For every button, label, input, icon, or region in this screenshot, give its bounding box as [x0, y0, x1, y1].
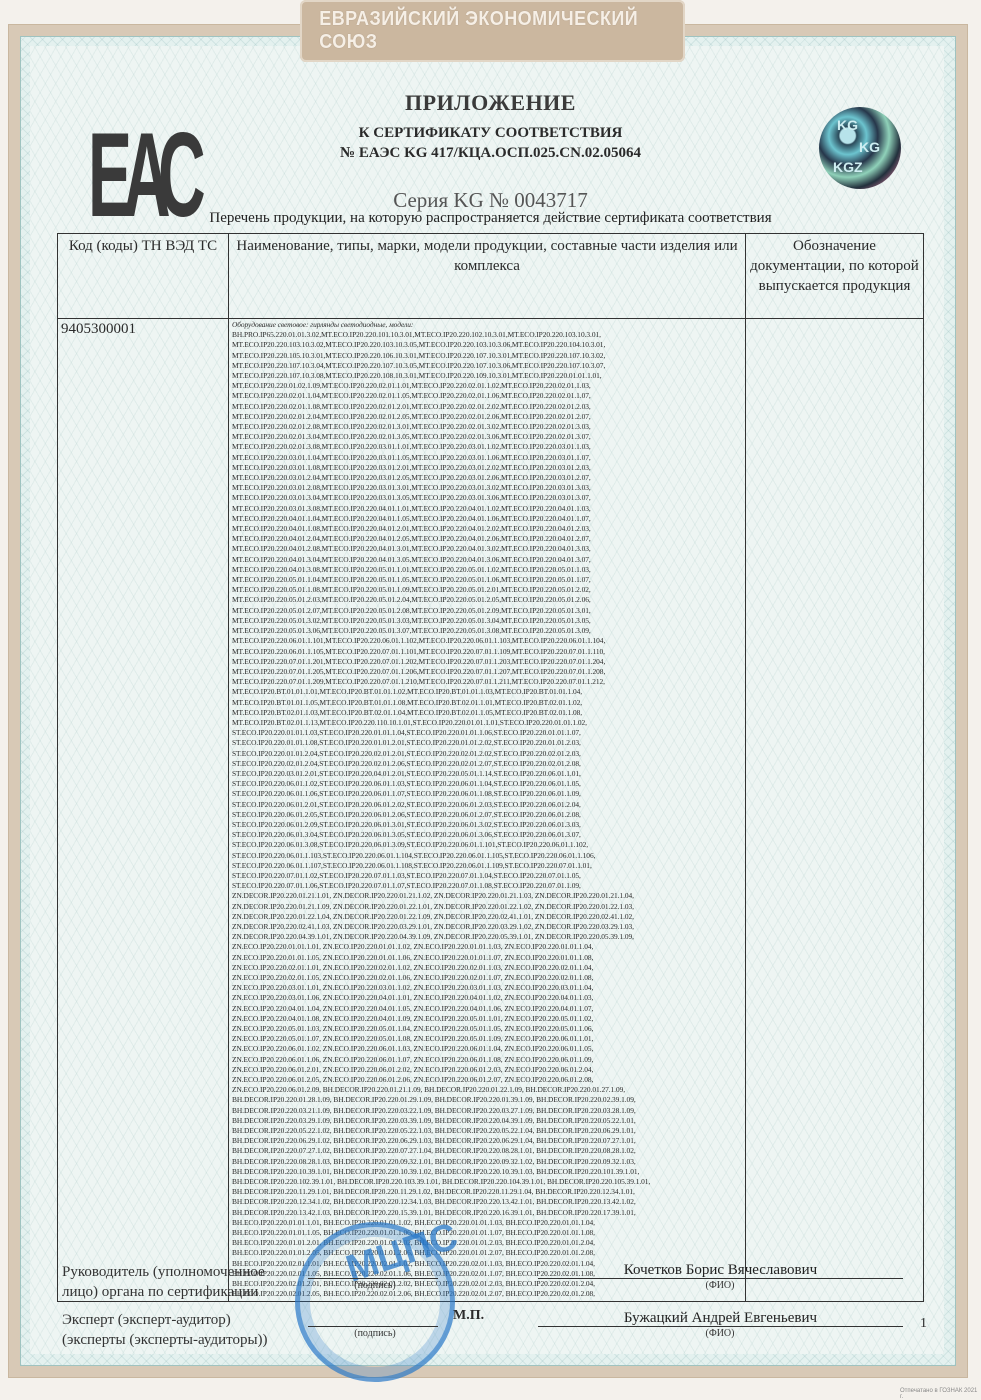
- list-item: MT.ECO.IP20.220.107.10.3.04,MT.ECO.IP20.…: [232, 361, 742, 371]
- list-item: MT.ECO.IP20.220.03.01.3.08,MT.ECO.IP20.2…: [232, 504, 742, 514]
- certificate-subtitle: К СЕРТИФИКАТУ СООТВЕТСТВИЯ: [0, 125, 981, 142]
- list-caption: Перечень продукции, на которую распростр…: [0, 210, 981, 227]
- list-item: ZN.ECO.IP20.220.04.01.1.04, ZN.ECO.IP20.…: [232, 1004, 742, 1014]
- expert-signature-line: [308, 1326, 438, 1327]
- list-item: MT.ECO.IP20.220.02.01.2.08,MT.ECO.IP20.2…: [232, 422, 742, 432]
- list-item: MT.ECO.IP20.220.03.01.1.08,MT.ECO.IP20.2…: [232, 463, 742, 473]
- head-signature-caption: (подпись): [330, 1280, 420, 1291]
- list-item: ZN.ECO.IP20.220.04.01.1.08, ZN.ECO.IP20.…: [232, 1014, 742, 1024]
- list-item: MT.ECO.IP20.BT.01.01.1.01,MT.ECO.IP20.BT…: [232, 687, 742, 697]
- list-item: MT.ECO.IP20.220.103.10.3.02,MT.ECO.IP20.…: [232, 340, 742, 350]
- expert-label: Эксперт (эксперт-аудитор) (эксперты (экс…: [62, 1310, 268, 1350]
- list-item: BH.ECO.IP20.220.01.01.1.05, BH.ECO.IP20.…: [232, 1228, 742, 1238]
- list-item: MT.ECO.IP20.220.05.01.2.07,MT.ECO.IP20.2…: [232, 606, 742, 616]
- products-table: Код (коды) ТН ВЭД ТС Наименование, типы,…: [57, 233, 924, 1302]
- list-item: ZN.ECO.IP20.220.01.01.1.05, ZN.ECO.IP20.…: [232, 953, 742, 963]
- list-item: ZN.ECO.IP20.220.05.01.1.03, ZN.ECO.IP20.…: [232, 1024, 742, 1034]
- list-item: BH.DECOR.IP20.220.03.21.1.09, BH.DECOR.I…: [232, 1106, 742, 1116]
- eaeu-banner: ЕВРАЗИЙСКИЙ ЭКОНОМИЧЕСКИЙ СОЮЗ: [300, 0, 685, 62]
- list-item: ST.ECO.IP20.220.07.01.1.06,ST.ECO.IP20.2…: [232, 881, 742, 891]
- list-item: ZN.ECO.IP20.220.03.01.1.01, ZN.ECO.IP20.…: [232, 983, 742, 993]
- list-item: BH.DECOR.IP20.220.13.42.1.03, BH.DECOR.I…: [232, 1208, 742, 1218]
- list-item: ZN.ECO.IP20.220.02.01.1.05, ZN.ECO.IP20.…: [232, 973, 742, 983]
- expert-name: Бужацкий Андрей Евгеньевич: [538, 1310, 903, 1327]
- list-item: MT.ECO.IP20.220.01.02.1.09,MT.ECO.IP20.2…: [232, 381, 742, 391]
- list-item: BH.DECOR.IP20.220.03.29.1.09, BH.DECOR.I…: [232, 1116, 742, 1126]
- list-item: ZN.ECO.IP20.220.06.01.1.06, ZN.ECO.IP20.…: [232, 1055, 742, 1065]
- list-item: BH.DECOR.IP20.220.102.39.1.01, BH.DECOR.…: [232, 1177, 742, 1187]
- list-item: MT.ECO.IP20.220.07.01.1.209,MT.ECO.IP20.…: [232, 677, 742, 687]
- list-item: MT.ECO.IP20.220.04.01.3.04,MT.ECO.IP20.2…: [232, 555, 742, 565]
- list-item: ZN.ECO.IP20.220.06.01.1.02, ZN.ECO.IP20.…: [232, 1044, 742, 1054]
- list-item: MT.ECO.IP20.220.05.01.2.03,MT.ECO.IP20.2…: [232, 595, 742, 605]
- list-item: MT.ECO.IP20.220.04.01.2.04,MT.ECO.IP20.2…: [232, 534, 742, 544]
- expert-signature-caption: (подпись): [330, 1328, 420, 1339]
- list-item: BH.DECOR.IP20.220.08.28.1.03, BH.DECOR.I…: [232, 1157, 742, 1167]
- list-item: BH.DECOR.IP20.220.11.29.1.01, BH.DECOR.I…: [232, 1187, 742, 1197]
- list-item: ST.ECO.IP20.220.06.01.1.103,ST.ECO.IP20.…: [232, 851, 742, 861]
- list-item: MT.ECO.IP20.220.04.01.3.08,MT.ECO.IP20.2…: [232, 565, 742, 575]
- list-item: MT.ECO.IP20.220.03.01.2.04,MT.ECO.IP20.2…: [232, 473, 742, 483]
- list-item: MT.ECO.IP20.220.04.01.1.08,MT.ECO.IP20.2…: [232, 524, 742, 534]
- list-item: ST.ECO.IP20.220.06.01.2.01,ST.ECO.IP20.2…: [232, 800, 742, 810]
- list-item: ST.ECO.IP20.220.06.01.1.02,ST.ECO.IP20.2…: [232, 779, 742, 789]
- header-documentation: Обозначение документации, по которой вып…: [746, 234, 924, 319]
- list-item: BH.DECOR.IP20.220.01.28.1.09, BH.DECOR.I…: [232, 1095, 742, 1105]
- list-item: MT.ECO.IP20.220.04.01.2.08,MT.ECO.IP20.2…: [232, 544, 742, 554]
- list-item: ZN.ECO.IP20.220.06.01.2.09, BH.DECOR.IP2…: [232, 1085, 742, 1095]
- banner-text: ЕВРАЗИЙСКИЙ ЭКОНОМИЧЕСКИЙ СОЮЗ: [319, 8, 666, 54]
- list-item: MT.ECO.IP20.220.03.01.1.04,MT.ECO.IP20.2…: [232, 453, 742, 463]
- list-item: ST.ECO.IP20.220.06.01.2.09,ST.ECO.IP20.2…: [232, 820, 742, 830]
- list-item: BH.DECOR.IP20.220.07.27.1.02, BH.DECOR.I…: [232, 1146, 742, 1156]
- list-item: MT.ECO.IP20.BT.02.01.1.13,MT.ECO.IP20.22…: [232, 718, 742, 728]
- list-item: ST.ECO.IP20.220.01.01.1.03,ST.ECO.IP20.2…: [232, 728, 742, 738]
- print-mark: Отпечатано в ГОЗНАК 2021 г.: [900, 1388, 981, 1400]
- certificate-number: № ЕАЭС KG 417/КЦА.ОСП.025.CN.02.05064: [0, 145, 981, 162]
- list-item: ST.ECO.IP20.220.01.01.1.08,ST.ECO.IP20.2…: [232, 738, 742, 748]
- head-label: Руководитель (уполномоченное лицо) орган…: [62, 1262, 265, 1302]
- header-code: Код (коды) ТН ВЭД ТС: [58, 234, 229, 319]
- product-model-list: BH.PRO.IP65.220.01.01.3.02,MT.ECO.IP20.2…: [232, 330, 742, 1299]
- list-item: MT.ECO.IP20.220.02.01.1.08,MT.ECO.IP20.2…: [232, 402, 742, 412]
- table-header-row: Код (коды) ТН ВЭД ТС Наименование, типы,…: [58, 234, 924, 319]
- list-item: ST.ECO.IP20.220.06.01.3.04,ST.ECO.IP20.2…: [232, 830, 742, 840]
- list-item: MT.ECO.IP20.220.05.01.1.08,MT.ECO.IP20.2…: [232, 585, 742, 595]
- list-item: BH.DECOR.IP20.220.10.39.1.01, BH.DECOR.I…: [232, 1167, 742, 1177]
- list-item: MT.ECO.IP20.220.107.10.3.08,MT.ECO.IP20.…: [232, 371, 742, 381]
- expert-name-caption: (ФИО): [680, 1328, 760, 1339]
- list-item: MT.ECO.IP20.220.06.01.1.105,MT.ECO.IP20.…: [232, 647, 742, 657]
- list-item: ST.ECO.IP20.220.02.01.2.04,ST.ECO.IP20.2…: [232, 759, 742, 769]
- list-item: ZN.DECOR.IP20.220.01.22.1.04, ZN.DECOR.I…: [232, 912, 742, 922]
- list-item: ZN.ECO.IP20.220.06.01.2.01, ZN.ECO.IP20.…: [232, 1065, 742, 1075]
- list-item: MT.ECO.IP20.220.05.01.3.02,MT.ECO.IP20.2…: [232, 616, 742, 626]
- list-item: MT.ECO.IP20.BT.01.01.1.05,MT.ECO.IP20.BT…: [232, 698, 742, 708]
- list-item: MT.ECO.IP20.220.02.01.2.04,MT.ECO.IP20.2…: [232, 412, 742, 422]
- list-item: MT.ECO.IP20.220.05.01.3.06,MT.ECO.IP20.2…: [232, 626, 742, 636]
- list-item: MT.ECO.IP20.220.07.01.1.205,MT.ECO.IP20.…: [232, 667, 742, 677]
- hs-code-cell: 9405300001: [58, 319, 229, 1302]
- list-item: MT.ECO.IP20.220.03.01.2.08,MT.ECO.IP20.2…: [232, 483, 742, 493]
- product-models-cell: Оборудование световое: гирлянды светодио…: [229, 319, 746, 1302]
- stamp-place: М.П.: [453, 1308, 484, 1324]
- list-item: ST.ECO.IP20.220.03.01.2.01,ST.ECO.IP20.2…: [232, 769, 742, 779]
- list-item: ZN.ECO.IP20.220.05.01.1.07, ZN.ECO.IP20.…: [232, 1034, 742, 1044]
- list-item: BH.ECO.IP20.220.01.01.2.01, BH.ECO.IP20.…: [232, 1238, 742, 1248]
- list-item: ST.ECO.IP20.220.06.01.3.08,ST.ECO.IP20.2…: [232, 840, 742, 850]
- list-item: ST.ECO.IP20.220.01.01.2.04,ST.ECO.IP20.2…: [232, 749, 742, 759]
- list-item: MT.ECO.IP20.220.06.01.1.101,MT.ECO.IP20.…: [232, 636, 742, 646]
- page-title: ПРИЛОЖЕНИЕ: [0, 90, 981, 116]
- table-row: 9405300001 Оборудование световое: гирлян…: [58, 319, 924, 1302]
- list-item: MT.ECO.IP20.220.04.01.1.04,MT.ECO.IP20.2…: [232, 514, 742, 524]
- documentation-cell: [746, 319, 924, 1302]
- list-item: ZN.ECO.IP20.220.01.01.1.01, ZN.ECO.IP20.…: [232, 942, 742, 952]
- list-item: ZN.ECO.IP20.220.06.01.2.05, ZN.ECO.IP20.…: [232, 1075, 742, 1085]
- list-item: MT.ECO.IP20.220.02.01.1.04,MT.ECO.IP20.2…: [232, 391, 742, 401]
- list-item: ZN.ECO.IP20.220.02.01.1.01, ZN.ECO.IP20.…: [232, 963, 742, 973]
- list-item: ZN.DECOR.IP20.220.01.21.1.09, ZN.DECOR.I…: [232, 902, 742, 912]
- list-item: MT.ECO.IP20.220.05.01.1.04,MT.ECO.IP20.2…: [232, 575, 742, 585]
- list-item: MT.ECO.IP20.220.03.01.3.04,MT.ECO.IP20.2…: [232, 493, 742, 503]
- head-name-caption: (ФИО): [680, 1280, 760, 1291]
- list-item: ST.ECO.IP20.220.07.01.1.02,ST.ECO.IP20.2…: [232, 871, 742, 881]
- list-item: ST.ECO.IP20.220.06.01.1.06,ST.ECO.IP20.2…: [232, 789, 742, 799]
- eac-mark-icon: ЕАС: [88, 100, 180, 250]
- list-item: ZN.DECOR.IP20.220.02.41.1.03, ZN.DECOR.I…: [232, 922, 742, 932]
- list-item: BH.DECOR.IP20.220.05.22.1.02, BH.DECOR.I…: [232, 1126, 742, 1136]
- list-item: ZN.ECO.IP20.220.03.01.1.06, ZN.ECO.IP20.…: [232, 993, 742, 1003]
- head-signature-line: [308, 1278, 438, 1279]
- list-item: MT.ECO.IP20.BT.02.01.1.03,MT.ECO.IP20.BT…: [232, 708, 742, 718]
- head-name: Кочетков Борис Вячеславович: [538, 1262, 903, 1279]
- list-item: MT.ECO.IP20.220.105.10.3.01,MT.ECO.IP20.…: [232, 351, 742, 361]
- products-intro: Оборудование световое: гирлянды светодио…: [232, 320, 742, 330]
- header-products: Наименование, типы, марки, модели продук…: [229, 234, 746, 319]
- list-item: BH.PRO.IP65.220.01.01.3.02,MT.ECO.IP20.2…: [232, 330, 742, 340]
- list-item: ST.ECO.IP20.220.06.01.2.05,ST.ECO.IP20.2…: [232, 810, 742, 820]
- list-item: BH.DECOR.IP20.220.06.29.1.02, BH.DECOR.I…: [232, 1136, 742, 1146]
- list-item: MT.ECO.IP20.220.02.01.3.04,MT.ECO.IP20.2…: [232, 432, 742, 442]
- list-item: BH.ECO.IP20.220.01.01.1.01, BH.ECO.IP20.…: [232, 1218, 742, 1228]
- page-number: 1: [920, 1316, 927, 1332]
- list-item: ZN.DECOR.IP20.220.01.21.1.01, ZN.DECOR.I…: [232, 891, 742, 901]
- list-item: ST.ECO.IP20.220.06.01.1.107,ST.ECO.IP20.…: [232, 861, 742, 871]
- list-item: BH.DECOR.IP20.220.12.34.1.02, BH.DECOR.I…: [232, 1197, 742, 1207]
- list-item: MT.ECO.IP20.220.02.01.3.08,MT.ECO.IP20.2…: [232, 442, 742, 452]
- list-item: ZN.DECOR.IP20.220.04.39.1.01, ZN.DECOR.I…: [232, 932, 742, 942]
- list-item: MT.ECO.IP20.220.07.01.1.201,MT.ECO.IP20.…: [232, 657, 742, 667]
